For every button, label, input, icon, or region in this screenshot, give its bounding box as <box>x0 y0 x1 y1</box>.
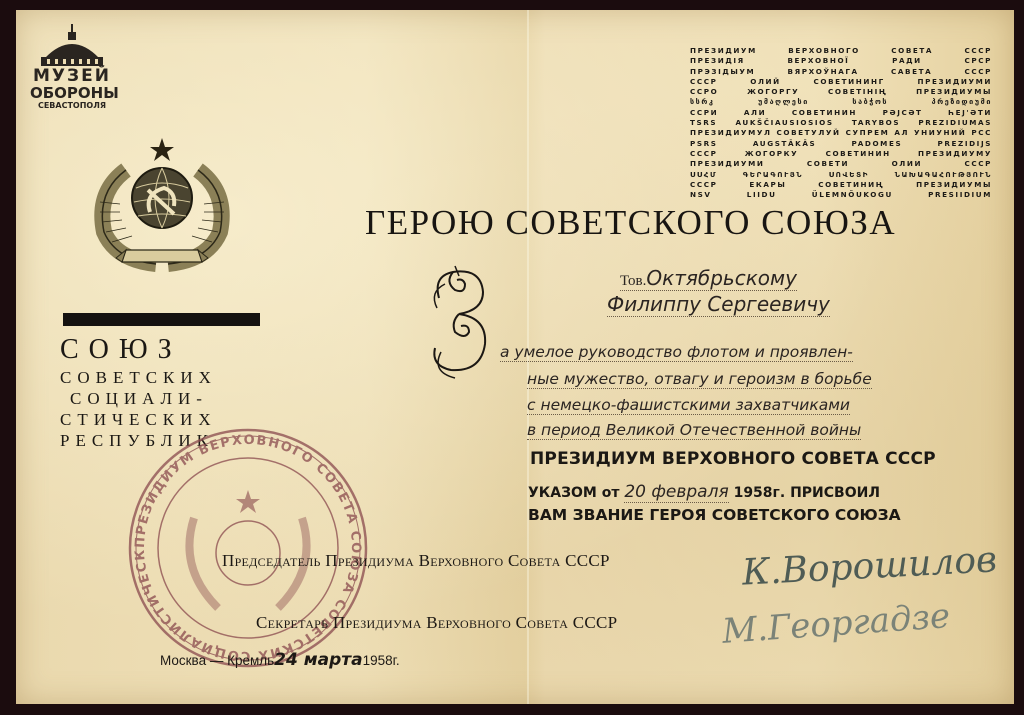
dome-building-icon <box>37 24 107 68</box>
museum-logo: МУЗЕЙ ОБОРОНЫ СЕВАСТОПОЛЯ <box>30 24 114 111</box>
multilingual-presidium-header: ПРЕЗИДИУМ ВЕРХОВНОГО СОВЕТА СССРПРЕЗИДІЯ… <box>690 46 992 200</box>
multilingual-line: ССРИ АЛИ СОВЕТИНИН РӘЈСӘТ ҺЕЈ'ӘТИ <box>690 108 992 118</box>
certificate-title: ГЕРОЮ СОВЕТСКОГО СОЮЗА <box>365 203 896 243</box>
multilingual-line: NSV LIIDU ÜLEMNÕUKOGU PRESIIDIUM <box>690 190 992 200</box>
ukaz-date: 20 февраля <box>624 482 728 503</box>
multilingual-line: СССР ОЛИЙ СОВЕТИНИНГ ПРЕЗИДИУМИ <box>690 77 992 87</box>
ukaz-label: УКАЗОМ от <box>528 485 619 501</box>
multilingual-line: სსრკ უმაღლესი საბჭოს პრეზიდიუმი <box>690 97 992 107</box>
recipient-surname: Октябрьскому <box>646 266 797 290</box>
multilingual-line: TSRS AUKŠČIAUSIOSIOS TARYBOS PREZIDIUMAS <box>690 118 992 128</box>
multilingual-line: PSRS AUGSTĀKĀS PADOMES PREZIDIJS <box>690 139 992 149</box>
assigned-label: ПРИСВОИЛ <box>790 485 880 501</box>
multilingual-line: ПРЭЗІДЫУМ ВЯРХОЎНАГА САВЕТА СССР <box>690 67 992 77</box>
black-bar-divider <box>63 313 260 326</box>
multilingual-line: ПРЕЗИДИУМУЛ СОВЕТУЛУЙ СУПРЕМ АЛ УНИУНИЙ … <box>690 128 992 138</box>
multilingual-line: ПРЕЗИДИУМ ВЕРХОВНОГО СОВЕТА СССР <box>690 46 992 56</box>
recipient-name-patronymic: Филиппу Сергеевичу <box>607 292 830 317</box>
logo-line-2: ОБОРОНЫ <box>30 85 114 101</box>
logo-line-3: СЕВАСТОПОЛЯ <box>30 101 114 111</box>
multilingual-line: СССР ЕКАРЫ СОВЕТИНИҢ ПРЕЗИДИУМЫ <box>690 180 992 190</box>
recipient-prefix: Тов. <box>620 273 646 289</box>
recipient-surname-line: Тов.Октябрьскому <box>620 266 797 291</box>
ukaz-year: 1958г. <box>734 485 786 501</box>
multilingual-line: ССРО ЖОГОРГУ СОВЕТІНІҢ ПРЕЗИДИУМЫ <box>690 87 992 97</box>
presidium-heading: ПРЕЗИДИУМ ВЕРХОВНОГО СОВЕТА СССР <box>530 449 936 469</box>
multilingual-line: ПРЕЗИДІЯ ВЕРХОВНОЇ РАДИ СРСР <box>690 56 992 66</box>
multilingual-line: ՍՍՀՄ ԳԵՐԱԳՈՒՅՆ ՍՈՎԵՏԻ ՆԱԽԱԳԱՀՈՒԹՅՈՒՆ <box>690 170 992 180</box>
ussr-line-2: СОВЕТСКИХ <box>60 368 262 388</box>
logo-line-1: МУЗЕЙ <box>30 68 114 85</box>
citation-line-3: с немецко-фашистскими захватчиками <box>527 396 850 415</box>
issue-date: 24 марта <box>274 650 362 670</box>
ussr-line-4: СТИЧЕСКИХ <box>60 410 262 430</box>
title-awarded-line: ВАМ ЗВАНИЕ ГЕРОЯ СОВЕТСКОГО СОЮЗА <box>528 506 901 524</box>
multilingual-line: СССР ЖОГОРКУ СОВЕТИНИН ПРЕЗИДИУМУ <box>690 149 992 159</box>
official-seal-stamp: ПРЕЗИДИУМ ВЕРХОВНОГО СОВЕТА СОЮЗА СОВЕТС… <box>118 428 378 672</box>
ussr-coat-of-arms-icon <box>86 132 238 286</box>
chairman-label: Председатель Президиума Верховного Совет… <box>222 551 610 571</box>
ussr-line-1: СОЮЗ <box>60 335 262 365</box>
issue-year: 1958г. <box>363 653 400 668</box>
citation-line-1: а умелое руководство флотом и проявлен- <box>500 343 853 362</box>
multilingual-line: ПРЕЗИДИУМИ СОВЕТИ ОЛИИ СССР <box>690 159 992 169</box>
place: Москва — Кремль <box>160 653 274 668</box>
citation-line-2: ные мужество, отвагу и героизм в борьбе <box>527 370 872 389</box>
citation-line-4: в период Великой Отечественной войны <box>527 421 861 440</box>
decree-line: УКАЗОМ от 20 февраля 1958г. ПРИСВОИЛ <box>528 482 880 502</box>
place-date-line: Москва — Кремль24 марта1958г. <box>160 650 400 670</box>
secretary-label: Секретарь Президиума Верховного Совета С… <box>256 613 617 633</box>
ussr-line-3: СОЦИАЛИ- <box>70 389 260 409</box>
decorative-initial-letter <box>425 262 497 384</box>
